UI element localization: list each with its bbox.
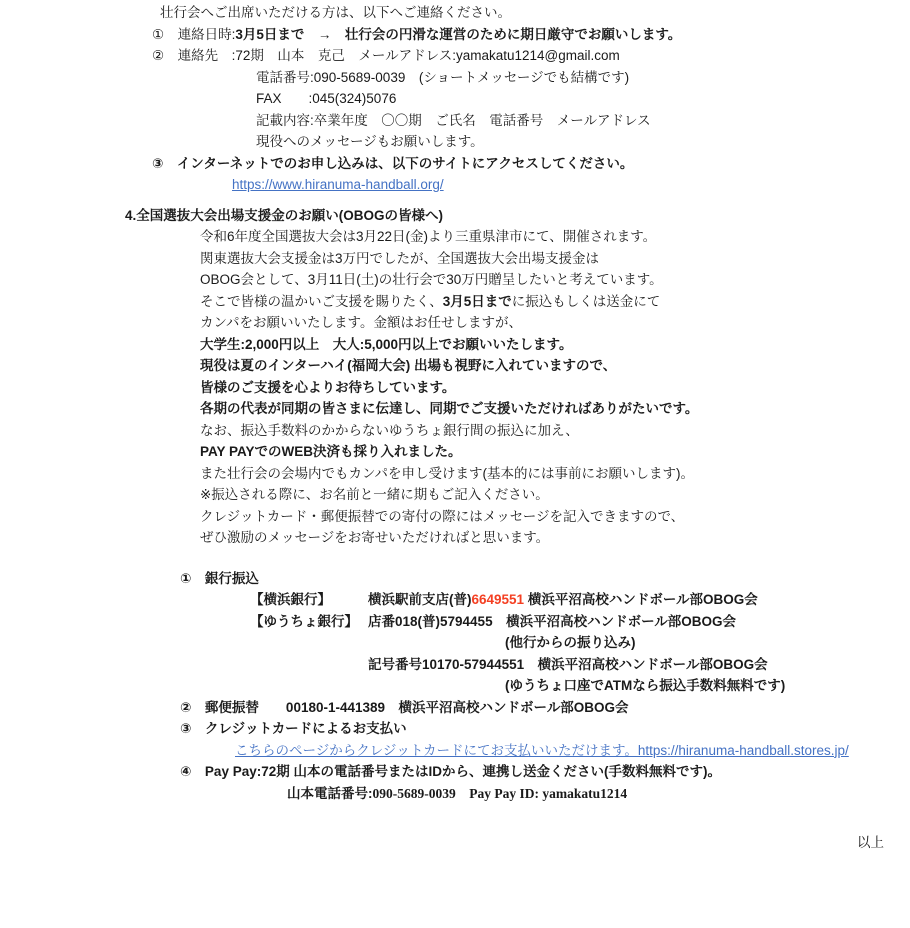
paypay-phone-label: 山本電話番号: (287, 786, 373, 801)
bank-yokohama-holder: 横浜平沼高校ハンドボール部OBOG会 (524, 592, 758, 607)
contact-item1-deadline-date: 3月5日まで (235, 27, 304, 42)
bank-yokohama-account-number: 6649551 (472, 592, 525, 607)
handball-org-link[interactable]: https://www.hiranuma-handball.org/ (232, 177, 444, 192)
section4-paragraph: ※振込される際に、お名前と一緒に期もご記入ください。 (0, 484, 910, 506)
contact-phone-line: 電話番号:090-5689-0039 (ショートメッセージでも結構です) (0, 67, 910, 89)
section4-paragraph: また壮行会の会場内でもカンパを申し受けます(基本的には事前にお願いします)。 (0, 463, 910, 485)
payment-postal-transfer: ② 郵便振替 00180-1-441389 横浜平沼高校ハンドボール部OBOG会 (0, 697, 910, 719)
contact-item-internet: ③ インターネットでのお申し込みは、以下のサイトにアクセスしてください。 (0, 153, 910, 175)
deadline-date-bold: 3月5日まで (443, 294, 512, 309)
bank-yucho-label: 【ゆうちょ銀行】 (250, 611, 368, 633)
payment-credit-heading: ③ クレジットカードによるお支払い (0, 718, 910, 740)
credit-card-payment-link[interactable]: こちらのページからクレジットカードにてお支払いいただけます。https://hi… (235, 743, 849, 758)
contact-content-line: 記載内容:卒業年度 〇〇期 ご氏名 電話番号 メールアドレス (0, 110, 910, 132)
section4-paragraph: クレジットカード・郵便振替での寄付の際にはメッセージを記入できますので、 (0, 506, 910, 528)
arrow-glyph: → (304, 27, 345, 42)
closing-ijou: 以上 (0, 832, 910, 854)
bank-row-yokohama: 【横浜銀行】横浜駅前支店(普)6649551 横浜平沼高校ハンドボール部OBOG… (0, 589, 910, 611)
section4-paragraph: カンパをお願いいたします。金額はお任せしますが、 (0, 312, 910, 334)
section4-paypay-note: PAY PAYでのWEB決済も採り入れました。 (0, 441, 910, 463)
contact-item-address: ② 連絡先 :72期 山本 克己 メールアドレス:yamakatu1214@gm… (0, 45, 910, 67)
section4-paragraph: なお、振込手数料のかからないゆうちょ銀行間の振込に加え、 (0, 420, 910, 442)
bank-yucho-note: (他行からの振り込み) (0, 632, 910, 654)
contact-message-line: 現役へのメッセージもお願いします。 (0, 131, 910, 153)
section4-heading: 4.全国選抜大会出場支援金のお願い(OBOGの皆様へ) (0, 205, 910, 227)
section4-paragraph: ぜひ激励のメッセージをお寄せいただければと思います。 (0, 527, 910, 549)
contact-item1-label: ① 連絡日時: (152, 27, 235, 42)
section4-paragraph: OBOG会として、3月11日(土)の壮行会で30万円贈呈したいと考えています。 (0, 269, 910, 291)
contact-item-deadline: ① 連絡日時:3月5日まで → 壮行会の円滑な運営のために期日厳守でお願いします… (0, 24, 910, 46)
section4-paragraph: 各期の代表が同期の皆さまに伝達し、同期でご支援いただければありがたいです。 (0, 398, 910, 420)
bank-yucho-atm-note: (ゆうちょ口座でATMなら振込手数料無料です) (0, 675, 910, 697)
paypay-phone-line: 山本電話番号:090-5689-0039 Pay Pay ID: yamakat… (0, 783, 910, 805)
bank-row-yucho: 【ゆうちょ銀行】店番018(普)5794455 横浜平沼高校ハンドボール部OBO… (0, 611, 910, 633)
bank-yokohama-detail: 横浜駅前支店(普)6649551 横浜平沼高校ハンドボール部OBOG会 (368, 589, 758, 611)
section4-paragraph: 現役は夏のインターハイ(福岡大会) 出場も視野に入れていますので、 (0, 355, 910, 377)
document-page: 壮行会へご出席いただける方は、以下へご連絡ください。 ① 連絡日時:3月5日まで… (0, 0, 910, 928)
bank-yucho-symbol-number: 記号番号10170-57944551 横浜平沼高校ハンドボール部OBOG会 (0, 654, 910, 676)
section4-paragraph-deadline: そこで皆様の温かいご支援を賜りたく、3月5日までに振込もしくは送金にて (0, 291, 910, 313)
deadline-pre-text: そこで皆様の温かいご支援を賜りたく、 (200, 294, 443, 309)
section4-paragraph: 皆様のご支援を心よりお待ちしています。 (0, 377, 910, 399)
bank-yokohama-branch: 横浜駅前支店(普) (368, 592, 472, 607)
section4-paragraph: 令和6年度全国選抜大会は3月22日(金)より三重県津市にて、開催されます。 (0, 226, 910, 248)
paypay-phone-value: 090-5689-0039 Pay Pay ID: yamakatu1214 (373, 786, 628, 801)
contact-item1-note: 壮行会の円滑な運営のために期日厳守でお願いします。 (345, 27, 681, 42)
contact-fax-line: FAX :045(324)5076 (0, 88, 910, 110)
bank-yokohama-label: 【横浜銀行】 (250, 589, 368, 611)
deadline-post-text: に振込もしくは送金にて (512, 294, 661, 309)
contact-intro-text: 壮行会へご出席いただける方は、以下へご連絡ください。 (0, 2, 910, 24)
payment-bank-heading: ① 銀行振込 (0, 568, 910, 590)
section-gap (0, 549, 910, 568)
section4-paragraph: 関東選抜大会支援金は3万円でしたが、全国選抜大会出場支援金は (0, 248, 910, 270)
section4-amount-line: 大学生:2,000円以上 大人:5,000円以上でお願いいたします。 (0, 334, 910, 356)
payment-paypay-line: ④ Pay Pay:72期 山本の電話番号またはIDから、連携し送金ください(手… (0, 761, 910, 783)
bank-yucho-detail: 店番018(普)5794455 横浜平沼高校ハンドボール部OBOG会 (368, 611, 736, 633)
